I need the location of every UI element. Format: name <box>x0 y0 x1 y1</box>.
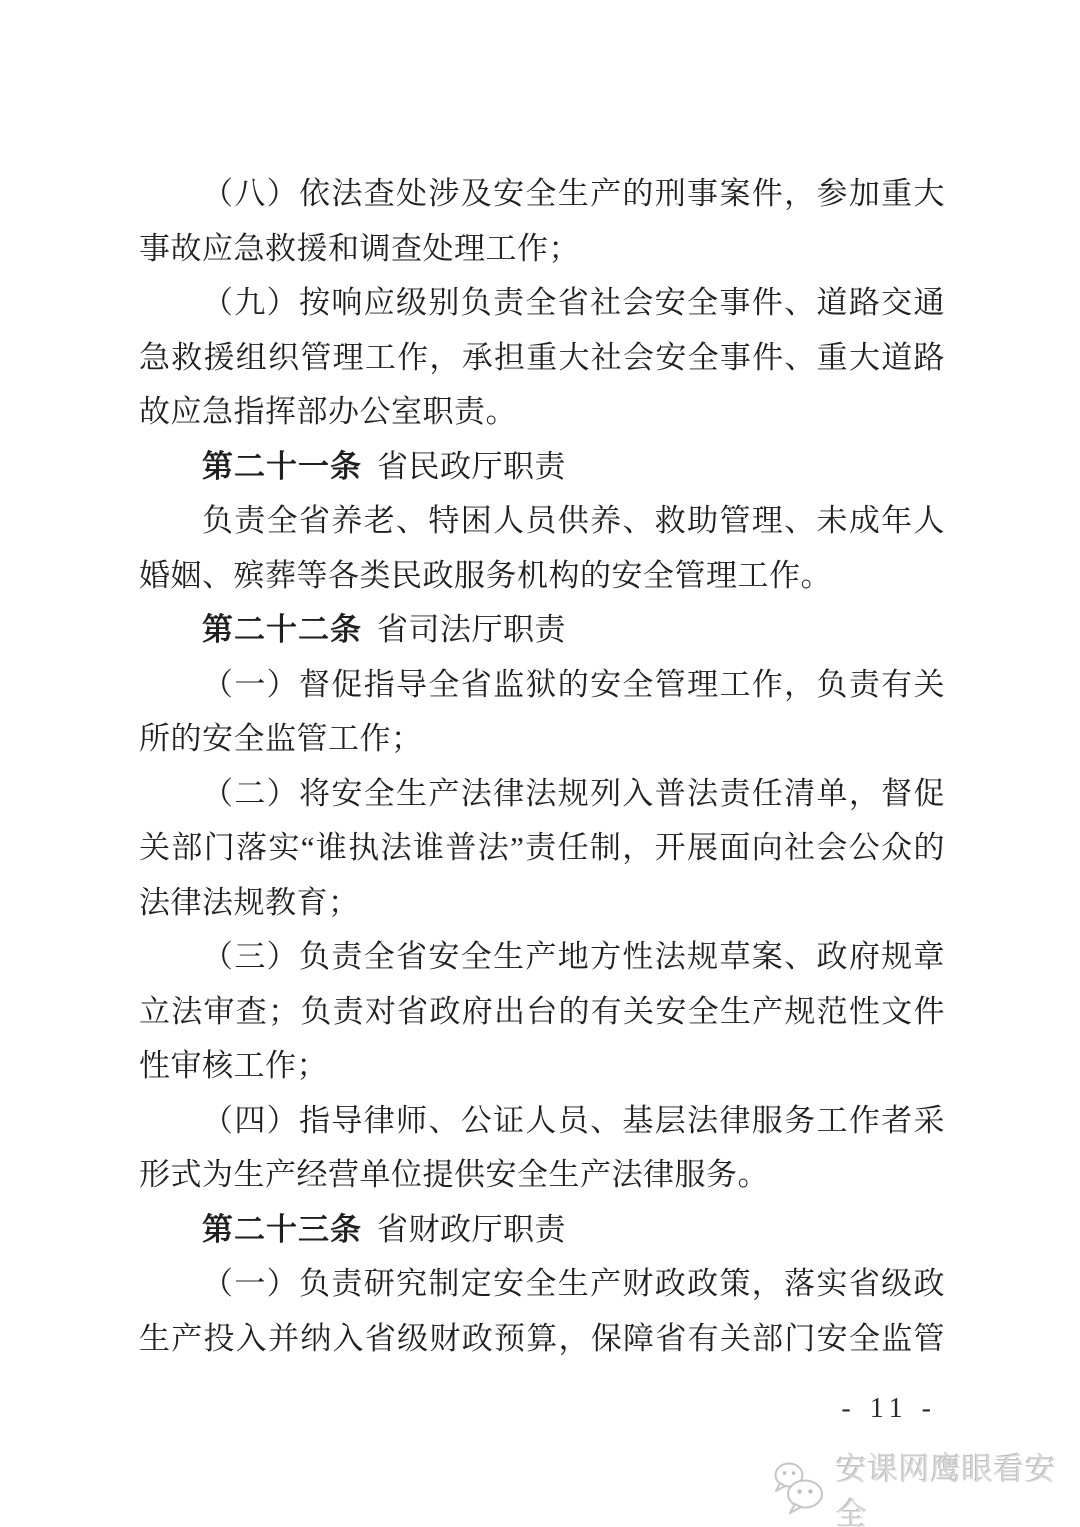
text-line: （三）负责全省安全生产地方性法规草案、政府规章草案的 <box>139 930 945 985</box>
text-line: 婚姻、殡葬等各类民政服务机构的安全管理工作。 <box>139 549 945 604</box>
chat-bubbles-icon <box>772 1460 828 1518</box>
text-line: （八）依法查处涉及安全生产的刑事案件，参加重大及以上 <box>139 167 945 222</box>
article-heading: 第二十一条省民政厅职责 <box>139 440 945 495</box>
article-heading: 第二十三条省财政厅职责 <box>139 1203 945 1258</box>
text-line: （九）按响应级别负责全省社会安全事件、道路交通事故应 <box>139 276 945 331</box>
article-number: 第二十三条 <box>202 1212 362 1247</box>
text-line: 负责全省养老、特困人员供养、救助管理、未成年人保护、 <box>139 494 945 549</box>
text-line: 所的安全监管工作； <box>139 712 945 767</box>
document-body: （八）依法查处涉及安全生产的刑事案件，参加重大及以上事故应急救援和调查处理工作；… <box>139 167 945 1366</box>
text-line: 形式为生产经营单位提供安全生产法律服务。 <box>139 1148 945 1203</box>
document-page: （八）依法查处涉及安全生产的刑事案件，参加重大及以上事故应急救援和调查处理工作；… <box>0 0 1080 1527</box>
page-number: - 11 - <box>841 1393 937 1425</box>
text-line: 关部门落实“谁执法谁普法”责任制，开展面向社会公众的安全 <box>139 821 945 876</box>
watermark-text: 安课网鹰眼看安全 <box>836 1444 1080 1527</box>
watermark: 安课网鹰眼看安全 <box>772 1444 1080 1527</box>
text-line: 急救援组织管理工作，承担重大社会安全事件、重大道路交通事 <box>139 331 945 386</box>
text-line: 事故应急救援和调查处理工作； <box>139 222 945 277</box>
text-line: （二）将安全生产法律法规列入普法责任清单，督促指导相 <box>139 767 945 822</box>
article-title: 省财政厅职责 <box>377 1212 566 1247</box>
article-number: 第二十一条 <box>202 449 362 484</box>
article-number: 第二十二条 <box>202 612 362 647</box>
text-line: （一）督促指导全省监狱的安全管理工作，负责有关戒毒场 <box>139 658 945 713</box>
article-heading: 第二十二条省司法厅职责 <box>139 603 945 658</box>
article-title: 省民政厅职责 <box>377 449 566 484</box>
text-line: 法律法规教育； <box>139 876 945 931</box>
text-line: 立法审查；负责对省政府出台的有关安全生产规范性文件的合法 <box>139 985 945 1040</box>
text-line: 故应急指挥部办公室职责。 <box>139 385 945 440</box>
article-title: 省司法厅职责 <box>377 612 566 647</box>
text-line: （一）负责研究制定安全生产财政政策，落实省级政府安全 <box>139 1257 945 1312</box>
text-line: 生产投入并纳入省级财政预算，保障省有关部门安全监管工作所 <box>139 1312 945 1367</box>
text-line: 性审核工作； <box>139 1039 945 1094</box>
text-line: （四）指导律师、公证人员、基层法律服务工作者采取多种 <box>139 1094 945 1149</box>
